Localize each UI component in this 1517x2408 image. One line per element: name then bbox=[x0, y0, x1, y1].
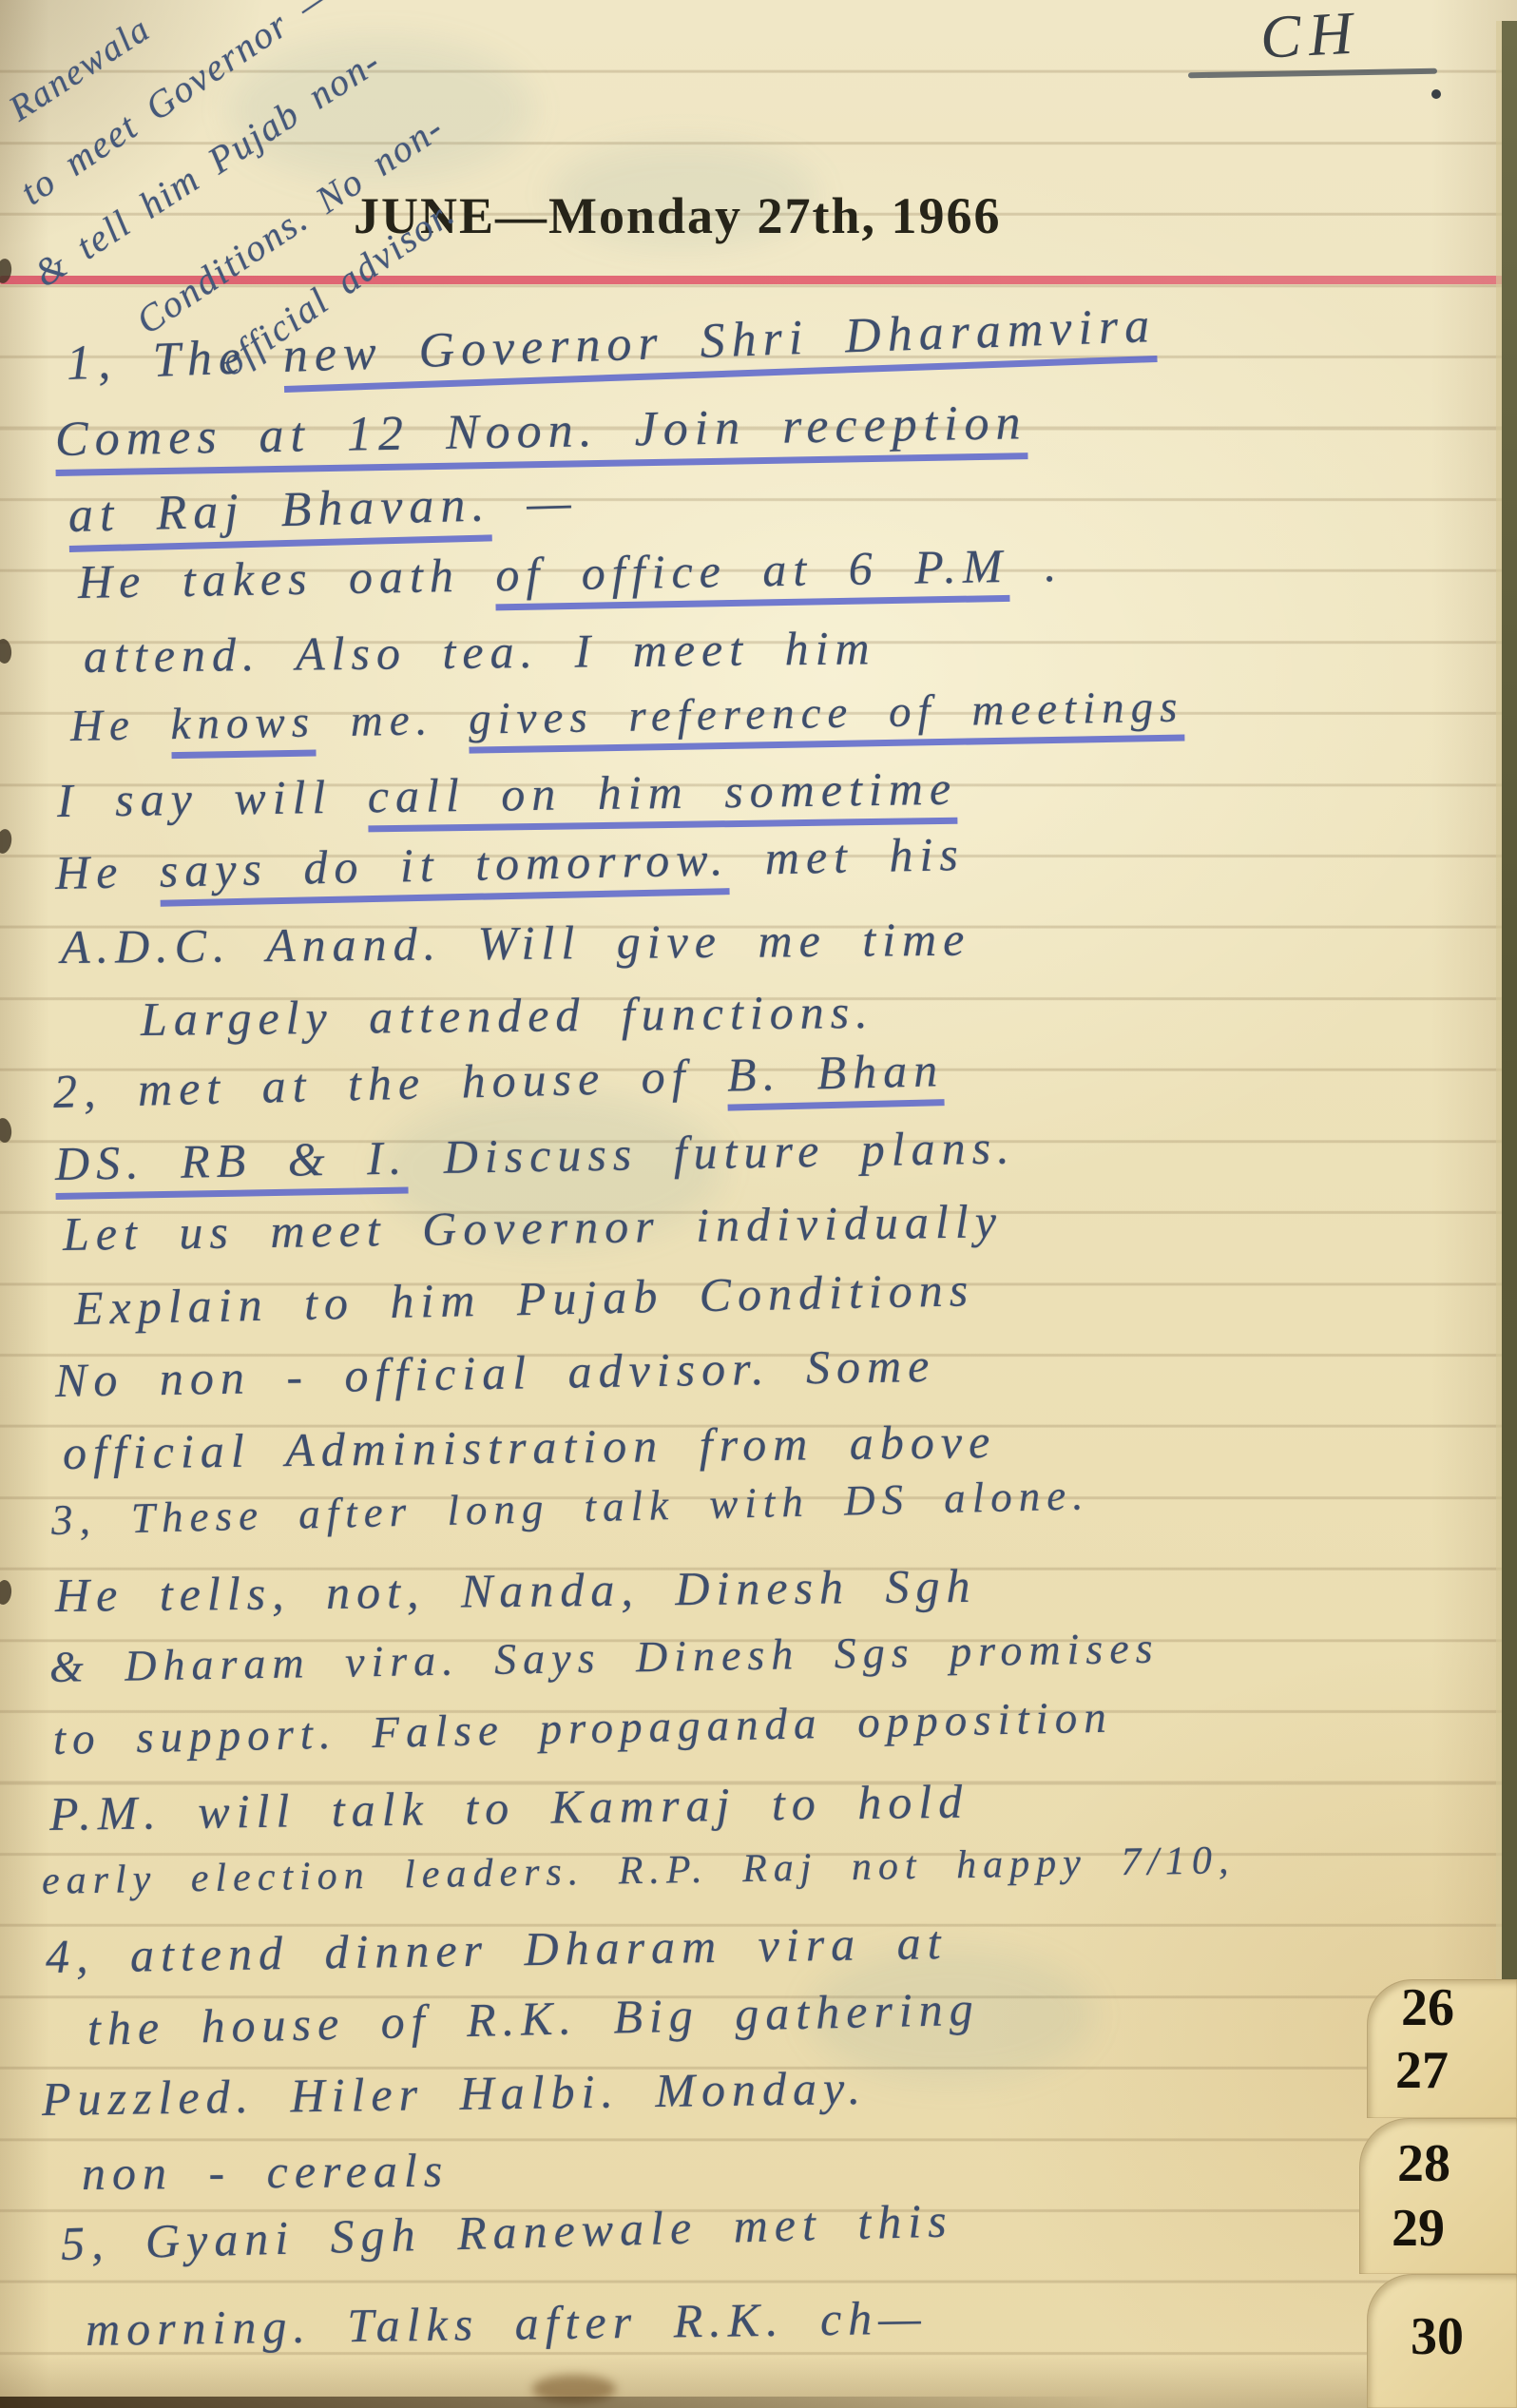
underlined-text: of office at 6 P.M bbox=[495, 539, 1009, 610]
text: He takes oath bbox=[78, 548, 496, 608]
underlined-text: B. Bhan bbox=[726, 1043, 945, 1111]
diary-line: & Dharam vira. Says Dinesh Sgs promises bbox=[49, 1622, 1160, 1694]
diary-line: morning. Talks after R.K. ch— bbox=[86, 2289, 928, 2358]
text: me. bbox=[316, 695, 470, 747]
text: Explain to him Pujab Conditions bbox=[73, 1262, 974, 1335]
diary-line: He tells, not, Nanda, Dinesh Sgh bbox=[55, 1557, 977, 1624]
diary-line: to support. False propaganda opposition bbox=[52, 1691, 1113, 1767]
diary-line: Let us meet Governor individually bbox=[63, 1192, 1004, 1262]
diary-line: Comes at 12 Noon. Join reception bbox=[54, 394, 1027, 470]
underlined-text: at Raj Bhavan. bbox=[67, 477, 491, 552]
text: . bbox=[1008, 538, 1064, 592]
binding-stitch bbox=[0, 638, 12, 665]
diary-line: P.M. will talk to Kamraj to hold bbox=[49, 1772, 970, 1841]
text: & Dharam vira. Says Dinesh Sgs promises bbox=[49, 1624, 1160, 1691]
diary-line: A.D.C. Anand. Will give me time bbox=[61, 911, 971, 975]
text: met his bbox=[729, 827, 966, 885]
tab-page-number: 26 bbox=[1401, 1981, 1454, 2034]
diary-page: CH JUNE—Monday 27th, 1966 Ranewalato mee… bbox=[0, 0, 1517, 2408]
diary-line: 4, attend dinner Dharam vira at bbox=[46, 1914, 948, 1985]
text: early election leaders. R.P. Raj not hap… bbox=[42, 1839, 1236, 1903]
page-tab-28-29: 28 29 bbox=[1359, 2118, 1517, 2274]
diary-line: 3, These after long talk with DS alone. bbox=[50, 1469, 1090, 1546]
diary-line: He knows me. gives reference of meetings bbox=[70, 681, 1184, 754]
binding-stitch bbox=[0, 1579, 12, 1606]
page-tab-26-27: 26 27 bbox=[1367, 1979, 1517, 2118]
text: He bbox=[54, 844, 160, 899]
text: I say will bbox=[57, 769, 369, 827]
binding-stitch bbox=[0, 828, 13, 855]
text: He tells, not, Nanda, Dinesh Sgh bbox=[55, 1559, 977, 1622]
corner-mark-underline bbox=[1188, 68, 1437, 79]
underlined-text: knows bbox=[170, 698, 317, 760]
text: No non - official advisor. Some bbox=[55, 1339, 936, 1407]
diary-line: I say will call on him sometime bbox=[57, 760, 958, 829]
underlined-text: new Governor Shri Dharamvira bbox=[282, 299, 1158, 393]
diary-line: at Raj Bhavan. — bbox=[67, 473, 578, 546]
diary-line: 5, Gyani Sgh Ranewale met this bbox=[60, 2191, 953, 2272]
text: Largely attended functions. bbox=[141, 985, 874, 1046]
text: A.D.C. Anand. Will give me time bbox=[61, 913, 971, 973]
text: Let us meet Governor individually bbox=[63, 1194, 1004, 1261]
underlined-text: Comes at 12 Noon. Join reception bbox=[54, 395, 1027, 476]
text: 5, Gyani Sgh Ranewale met this bbox=[60, 2193, 953, 2270]
text: Puzzled. Hiler Halbi. Monday. bbox=[42, 2061, 868, 2126]
diary-line: attend. Also tea. I meet him bbox=[84, 619, 876, 684]
page-tab-30: 30 bbox=[1367, 2274, 1517, 2408]
tab-page-number: 27 bbox=[1395, 2044, 1449, 2097]
text: — bbox=[490, 475, 579, 531]
tab-page-number: 29 bbox=[1392, 2202, 1445, 2255]
diary-line: DS. RB & I. Discuss future plans. bbox=[54, 1118, 1016, 1192]
corner-mark-dot bbox=[1431, 89, 1441, 99]
underlined-text: DS. RB & I. bbox=[55, 1131, 409, 1200]
corner-mark: CH bbox=[1258, 0, 1362, 73]
text: attend. Also tea. I meet him bbox=[84, 621, 876, 683]
text: morning. Talks after R.K. ch— bbox=[86, 2291, 928, 2356]
diary-line: non - cereals bbox=[82, 2142, 450, 2202]
tab-page-number: 30 bbox=[1411, 2310, 1464, 2363]
diary-line: 2, met at the house of B. Bhan bbox=[52, 1041, 944, 1120]
text: 1, The bbox=[66, 329, 284, 391]
text: to support. False propaganda opposition bbox=[52, 1693, 1113, 1764]
diary-line: Puzzled. Hiler Halbi. Monday. bbox=[42, 2059, 868, 2128]
text: non - cereals bbox=[82, 2144, 450, 2200]
underlined-text: says do it tomorrow. bbox=[159, 832, 730, 907]
text: P.M. will talk to Kamraj to hold bbox=[49, 1774, 970, 1840]
diary-line: early election leaders. R.P. Raj not hap… bbox=[42, 1837, 1236, 1905]
underlined-text: call on him sometime bbox=[367, 761, 957, 833]
page-bottom-shadow bbox=[0, 2397, 1122, 2408]
underlined-text: gives reference of meetings bbox=[469, 683, 1184, 754]
text: 3, These after long talk with DS alone. bbox=[50, 1471, 1090, 1544]
diary-line: Explain to him Pujab Conditions bbox=[73, 1261, 974, 1337]
diary-line: official Administration from above bbox=[63, 1413, 997, 1481]
diary-line: He says do it tomorrow. met his bbox=[54, 825, 965, 901]
text: official Administration from above bbox=[63, 1415, 997, 1479]
tab-page-number: 28 bbox=[1397, 2137, 1450, 2190]
diary-line: 1, The new Governor Shri Dharamvira bbox=[66, 297, 1157, 394]
diary-line: Largely attended functions. bbox=[141, 983, 874, 1048]
text: Discuss future plans. bbox=[408, 1120, 1016, 1184]
text: He bbox=[70, 700, 171, 751]
binding-stitch bbox=[0, 1117, 13, 1144]
diary-line: No non - official advisor. Some bbox=[54, 1337, 935, 1409]
text: 4, attend dinner Dharam vira at bbox=[46, 1916, 948, 1983]
